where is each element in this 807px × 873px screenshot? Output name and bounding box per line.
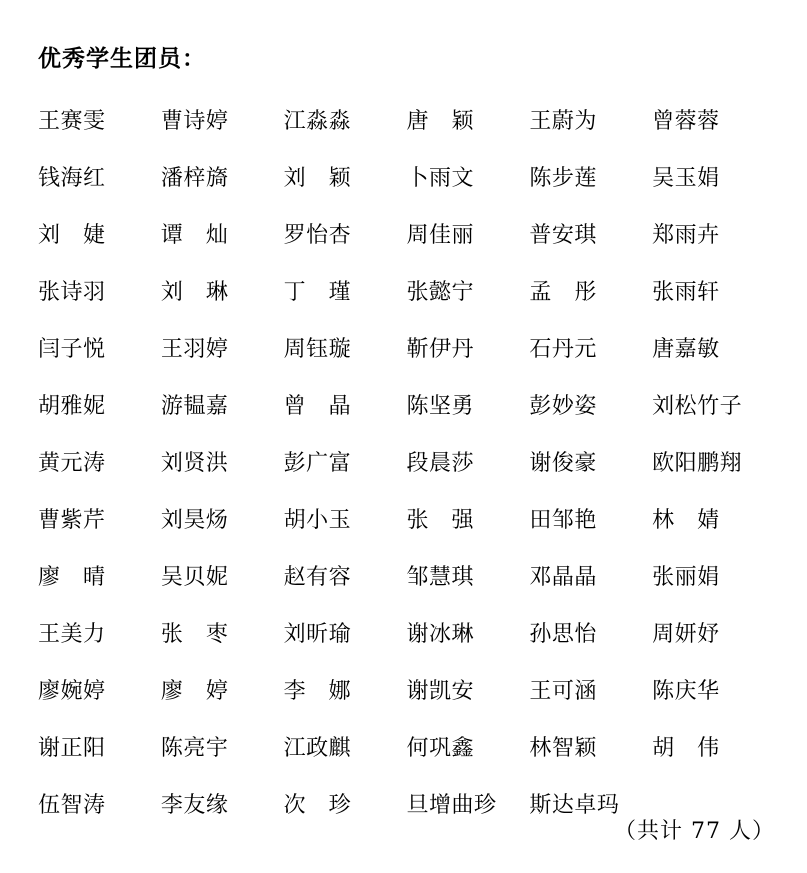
name-row: 钱海红潘梓旖刘 颖卜雨文陈步莲吴玉娟 [38, 148, 775, 205]
name-item: 刘松竹子 [652, 389, 775, 420]
name-item: 靳伊丹 [407, 332, 530, 363]
name-item: 曾 晶 [284, 389, 407, 420]
name-item: 胡雅妮 [38, 389, 161, 420]
name-row: 王美力张 枣刘昕瑜谢冰琳孙思怡周妍妤 [38, 604, 775, 661]
name-item: 旦增曲珍 [407, 788, 530, 819]
name-item: 张 枣 [161, 617, 284, 648]
name-item: 周佳丽 [407, 218, 530, 249]
name-item: 吴玉娟 [652, 161, 775, 192]
name-row: 刘 婕谭 灿罗怡杏周佳丽普安琪郑雨卉 [38, 205, 775, 262]
name-item: 谢正阳 [38, 731, 161, 762]
name-item: 张雨轩 [652, 275, 775, 306]
name-item: 彭妙姿 [529, 389, 652, 420]
name-item: 李友缘 [161, 788, 284, 819]
name-item: 孟 彤 [529, 275, 652, 306]
name-item: 王蔚为 [529, 104, 652, 135]
name-item: 钱海红 [38, 161, 161, 192]
name-row: 廖婉婷廖 婷李 娜谢凯安王可涵陈庆华 [38, 661, 775, 718]
name-item: 谢俊豪 [529, 446, 652, 477]
name-item: 刘 琳 [161, 275, 284, 306]
name-item: 段晨莎 [407, 446, 530, 477]
name-item: 罗怡杏 [284, 218, 407, 249]
name-item: 次 珍 [284, 788, 407, 819]
name-item: 陈步莲 [529, 161, 652, 192]
name-item: 伍智涛 [38, 788, 161, 819]
name-item: 曾蓉蓉 [652, 104, 775, 135]
name-item: 曹诗婷 [161, 104, 284, 135]
name-item: 刘 婕 [38, 218, 161, 249]
name-row: 黄元涛刘贤洪彭广富段晨莎谢俊豪欧阳鹏翔 [38, 433, 775, 490]
name-item: 林智颖 [529, 731, 652, 762]
name-item: 王赛雯 [38, 104, 161, 135]
name-item: 吴贝妮 [161, 560, 284, 591]
name-item: 曹紫芹 [38, 503, 161, 534]
name-item: 潘梓旖 [161, 161, 284, 192]
name-item: 廖 婷 [161, 674, 284, 705]
names-grid: 王赛雯曹诗婷江淼淼唐 颖王蔚为曾蓉蓉钱海红潘梓旖刘 颖卜雨文陈步莲吴玉娟刘 婕谭… [38, 91, 775, 832]
name-item: 林 婧 [652, 503, 775, 534]
name-item: 张懿宁 [407, 275, 530, 306]
name-item: 邹慧琪 [407, 560, 530, 591]
name-item: 唐 颖 [407, 104, 530, 135]
name-item: 闫子悦 [38, 332, 161, 363]
name-item: 孙思怡 [529, 617, 652, 648]
name-item: 石丹元 [529, 332, 652, 363]
name-item: 何巩鑫 [407, 731, 530, 762]
name-item: 张丽娟 [652, 560, 775, 591]
name-item: 陈坚勇 [407, 389, 530, 420]
name-item: 刘昊炀 [161, 503, 284, 534]
name-item: 刘昕瑜 [284, 617, 407, 648]
name-item: 陈亮宇 [161, 731, 284, 762]
name-item: 谭 灿 [161, 218, 284, 249]
name-item: 郑雨卉 [652, 218, 775, 249]
name-item: 唐嘉敏 [652, 332, 775, 363]
name-item: 胡小玉 [284, 503, 407, 534]
name-item: 周妍妤 [652, 617, 775, 648]
name-item: 欧阳鹏翔 [652, 446, 775, 477]
name-row: 闫子悦王羽婷周钰璇靳伊丹石丹元唐嘉敏 [38, 319, 775, 376]
name-item: 陈庆华 [652, 674, 775, 705]
name-row: 曹紫芹刘昊炀胡小玉张 强田邹艳林 婧 [38, 490, 775, 547]
name-item: 彭广富 [284, 446, 407, 477]
name-item: 王羽婷 [161, 332, 284, 363]
name-item: 田邹艳 [529, 503, 652, 534]
name-item: 王可涵 [529, 674, 652, 705]
name-item: 江政麒 [284, 731, 407, 762]
name-item: 邓晶晶 [529, 560, 652, 591]
name-item: 江淼淼 [284, 104, 407, 135]
name-row: 王赛雯曹诗婷江淼淼唐 颖王蔚为曾蓉蓉 [38, 91, 775, 148]
name-item: 周钰璇 [284, 332, 407, 363]
total-count: （共计 77 人） [614, 814, 775, 845]
name-item: 王美力 [38, 617, 161, 648]
document-page: 优秀学生团员： 王赛雯曹诗婷江淼淼唐 颖王蔚为曾蓉蓉钱海红潘梓旖刘 颖卜雨文陈步… [0, 0, 807, 873]
name-item: 廖婉婷 [38, 674, 161, 705]
name-item: 游韫嘉 [161, 389, 284, 420]
name-item: 刘 颖 [284, 161, 407, 192]
name-item: 卜雨文 [407, 161, 530, 192]
name-row: 胡雅妮游韫嘉曾 晶陈坚勇彭妙姿刘松竹子 [38, 376, 775, 433]
name-item: 黄元涛 [38, 446, 161, 477]
name-item: 谢凯安 [407, 674, 530, 705]
name-item: 张诗羽 [38, 275, 161, 306]
name-row: 谢正阳陈亮宇江政麒何巩鑫林智颖胡 伟 [38, 718, 775, 775]
name-row: 张诗羽刘 琳丁 瑾张懿宁孟 彤张雨轩 [38, 262, 775, 319]
page-title: 优秀学生团员： [38, 40, 777, 73]
name-item: 谢冰琳 [407, 617, 530, 648]
name-item: 丁 瑾 [284, 275, 407, 306]
name-row: 廖 晴吴贝妮赵有容邹慧琪邓晶晶张丽娟 [38, 547, 775, 604]
name-item: 赵有容 [284, 560, 407, 591]
name-item: 刘贤洪 [161, 446, 284, 477]
name-item: 普安琪 [529, 218, 652, 249]
name-item: 李 娜 [284, 674, 407, 705]
name-item: 胡 伟 [652, 731, 775, 762]
name-item: 张 强 [407, 503, 530, 534]
name-item: 廖 晴 [38, 560, 161, 591]
